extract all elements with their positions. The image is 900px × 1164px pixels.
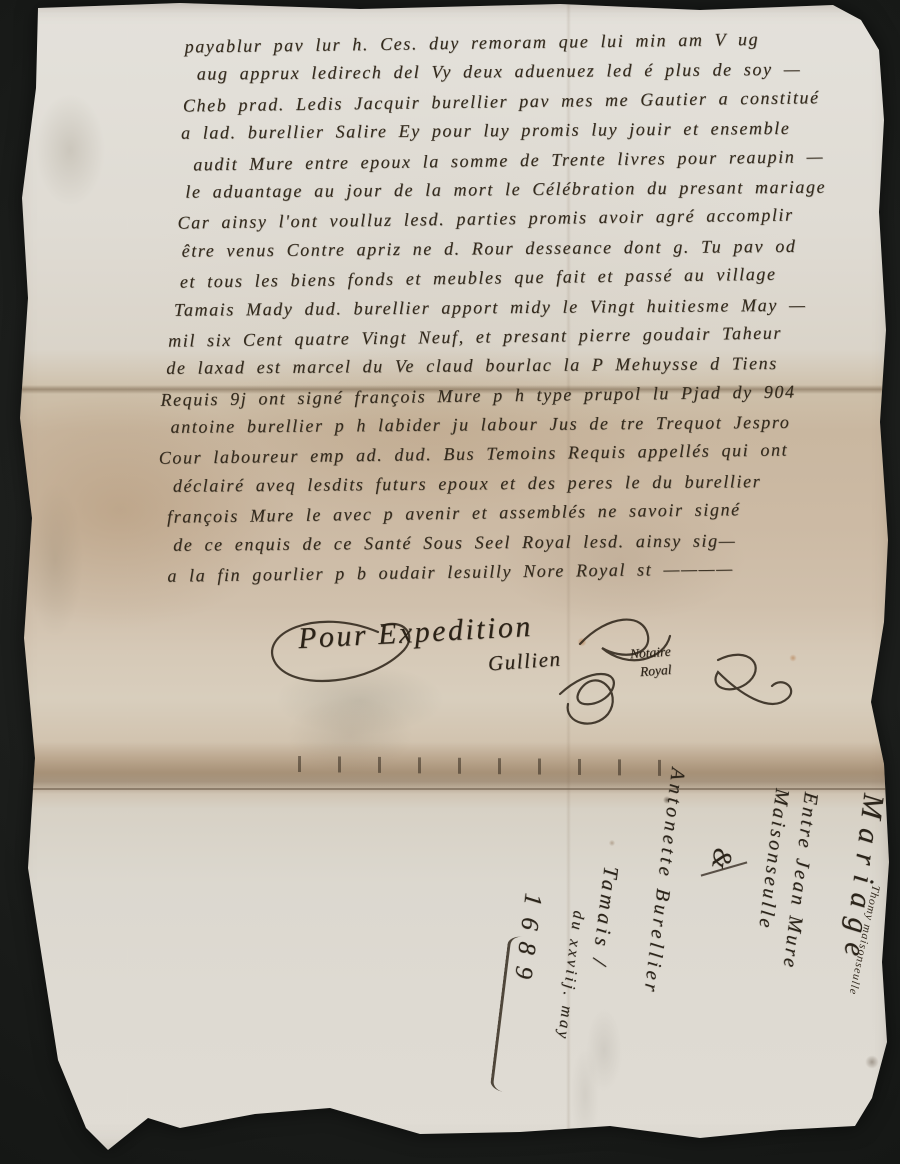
- main-text-block: payablur pav lur h. Ces. duy remoram que…: [157, 26, 890, 588]
- paper-shadow-wrap: payablur pav lur h. Ces. duy remoram que…: [0, 0, 900, 1164]
- notary-title-line2: Royal: [639, 662, 672, 680]
- manuscript-photo: payablur pav lur h. Ces. duy remoram que…: [0, 0, 900, 1164]
- manuscript-page: payablur pav lur h. Ces. duy remoram que…: [0, 0, 900, 1164]
- notary-title-line1: Notaire: [629, 644, 671, 663]
- notary-signature: Gullien: [487, 646, 562, 676]
